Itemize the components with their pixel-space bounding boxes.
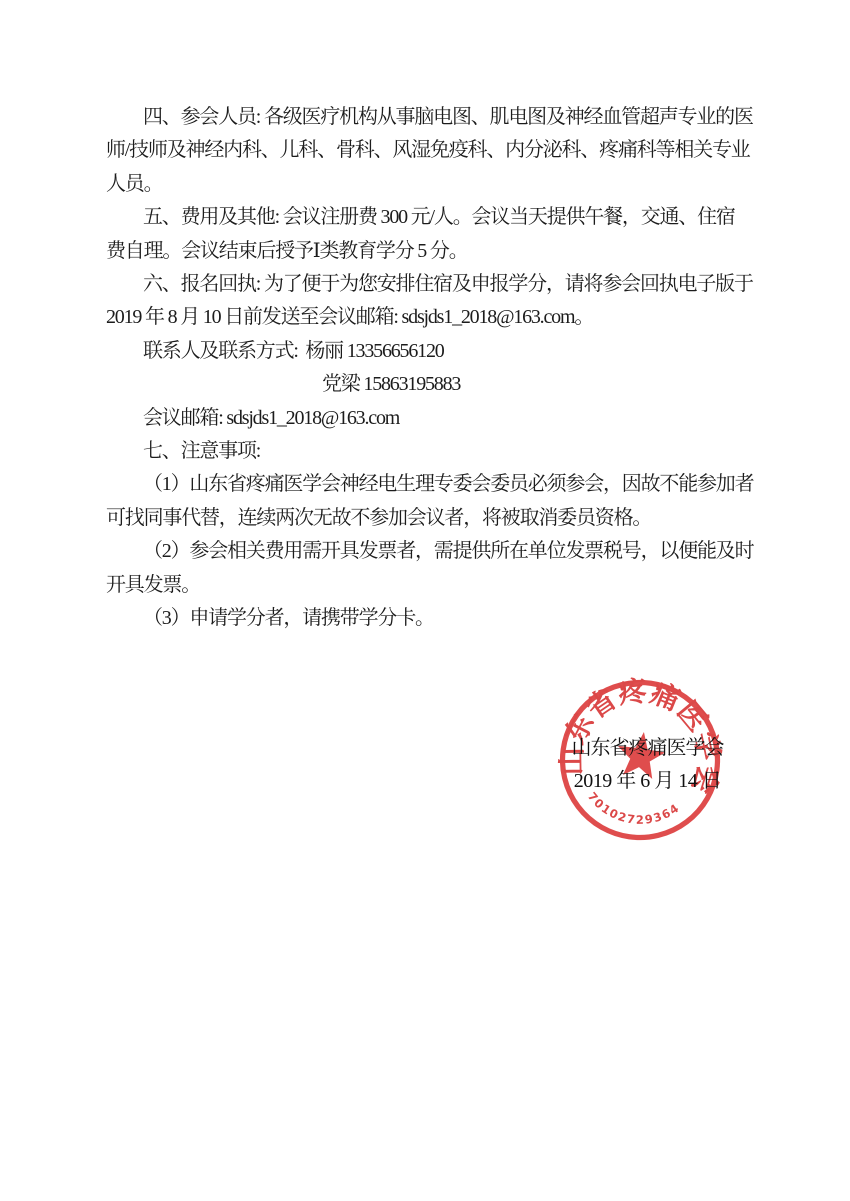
document-body: 四、参会人员: 各级医疗机构从事脑电图、肌电图及神经血管超声专业的医 师/技师及… [106,101,766,636]
paragraph-line: （3）申请学分者，请携带学分卡。 [106,602,766,635]
signature-org: 山东省疼痛医学会 [555,735,740,761]
contact-line: 党梁 15863195883 [106,368,766,401]
paragraph-line: 2019 年 8 月 10 日前发送至会议邮箱: sdsjds1_2018@16… [106,301,766,334]
paragraph-line: 人员。 [106,168,766,201]
signature-block: 山东省疼痛医学会 2019 年 6 月 14 日 [555,735,740,794]
paragraph-line: 费自理。会议结束后授予Ⅰ类教育学分 5 分。 [106,235,766,268]
paragraph-line: 开具发票。 [106,569,766,602]
paragraph-line: 可找同事代替，连续两次无故不参加会议者，将被取消委员资格。 [106,502,766,535]
document-page: 四、参会人员: 各级医疗机构从事脑电图、肌电图及神经血管超声专业的医 师/技师及… [0,0,850,1201]
paragraph-line: （2）参会相关费用需开具发票者，需提供所在单位发票税号，以便能及时 [106,535,766,568]
paragraph-line: 六、报名回执: 为了便于为您安排住宿及申报学分，请将参会回执电子版于 [106,268,766,301]
paragraph-line: 四、参会人员: 各级医疗机构从事脑电图、肌电图及神经血管超声专业的医 [106,101,766,134]
paragraph-line: （1）山东省疼痛医学会神经电生理专委会委员必须参会，因故不能参加者 [106,468,766,501]
email-line: 会议邮箱: sdsjds1_2018@163.com [106,402,766,435]
paragraph-line: 七、注意事项: [106,435,766,468]
paragraph-line: 五、费用及其他: 会议注册费 300 元/人。会议当天提供午餐，交通、住宿 [106,201,766,234]
signature-date: 2019 年 6 月 14 日 [555,768,740,794]
contact-line: 联系人及联系方式: 杨丽 13356656120 [106,335,766,368]
paragraph-line: 师/技师及神经内科、儿科、骨科、风湿免疫科、内分泌科、疼痛科等相关专业 [106,134,766,167]
